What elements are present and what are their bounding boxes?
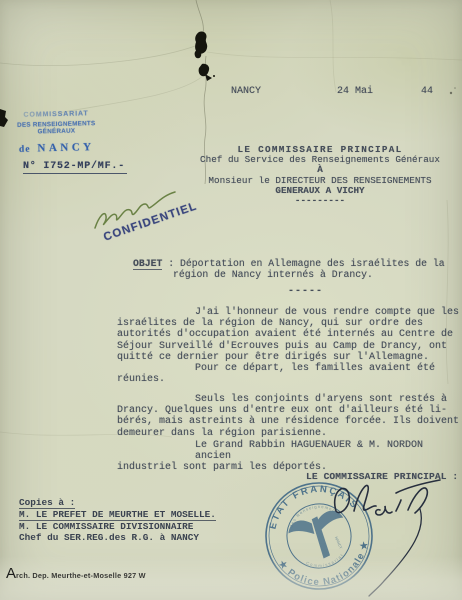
subject-divider: ----- <box>288 286 323 297</box>
origin-stamp-line3: deNANCY <box>0 137 113 158</box>
subject-separator: : <box>162 258 180 269</box>
addressee-dashes: --------- <box>200 196 440 206</box>
archive-caption-text: rch. Dep. Meurthe-et-Moselle 927 W <box>16 571 146 580</box>
dateline-year: 44 <box>421 86 433 97</box>
origin-stamp: COMMISSARIAT DES RENSEIGNEMENTS GÉNÉRAUX… <box>0 110 113 158</box>
origin-stamp-de: de <box>19 145 31 155</box>
body-line: quitté ce dernier pour être dirigés sur … <box>117 352 462 363</box>
stamp-arc-top-text: ETAT FRANÇAIS <box>260 477 362 533</box>
archive-caption-initial: A <box>6 565 16 582</box>
copies-title: Copies à : <box>19 497 75 509</box>
body-line: Drancy. Quelques uns d'entre eux ont d'a… <box>117 405 462 416</box>
document-photo: NANCY 24 Mai 44 COMMISSARIAT DES RENSEIG… <box>0 0 462 600</box>
body-line: israélites de la région de Nancy, qui su… <box>117 318 462 329</box>
body-line: autorités d'occupation avaient été inter… <box>117 329 462 340</box>
svg-text:des Renseignements: des Renseignements <box>285 498 342 529</box>
copies-block: Copies à : M. LE PREFET DE MEURTHE ET MO… <box>19 497 216 543</box>
body-line: Séjour Surveillé d'Ecrouves puis au Camp… <box>117 341 462 352</box>
subject-block: OBJET : Déportation en Allemagne des isr… <box>133 258 445 280</box>
body-line: réunies. <box>117 374 462 385</box>
origin-stamp-line2: DES RENSEIGNEMENTS GÉNÉRAUX <box>0 120 113 137</box>
body-line: Le Grand Rabbin HAGUENAUER & M. NORDON a… <box>117 440 462 462</box>
body-line: demeurer dans la région parisienne. <box>117 428 462 439</box>
paragraph-1: J'ai l'honneur de vous rendre compte que… <box>117 307 462 363</box>
body-line: Seuls les conjoints d'aryens sont restés… <box>117 394 462 405</box>
confidential-stamp: CONFIDENTIEL <box>102 200 199 243</box>
reference-number: N° I752-MP/MF.- <box>23 161 127 174</box>
svg-text:ETAT FRANÇAIS: ETAT FRANÇAIS <box>260 477 362 533</box>
copies-recipient-2: M. LE COMMISSAIRE DIVISIONNAIRE <box>19 521 216 532</box>
subject-label: OBJET <box>133 258 162 270</box>
dateline-city: NANCY <box>231 86 261 97</box>
stamp-inner-city-text: NANCY <box>334 536 343 550</box>
closing-title: LE COMMISSAIRE PRINCIPAL : <box>306 471 458 482</box>
subject-text1: Déportation en Allemagne des israélites … <box>180 258 445 269</box>
stamp-inner-top-text: des Renseignements <box>285 498 342 529</box>
origin-stamp-line1: COMMISSARIAT <box>0 110 113 120</box>
subject-line2: région de Nancy internés à Drancy. <box>133 269 445 280</box>
copies-recipient-1: M. LE PREFET DE MEURTHE ET MOSELLE. <box>19 509 216 521</box>
body-line: Pour ce départ, les familles avaient été <box>117 363 462 374</box>
dateline-date: 24 Mai <box>337 86 373 97</box>
paragraph-2: Pour ce départ, les familles avaient été… <box>117 363 462 385</box>
body-line: bérés, mais astreints à une résidence fo… <box>117 416 462 427</box>
copies-recipient-3: Chef du SER.REG.des R.G. à NANCY <box>19 532 216 543</box>
paragraph-3: Seuls les conjoints d'aryens sont restés… <box>117 394 462 439</box>
paragraph-4: Le Grand Rabbin HAGUENAUER & M. NORDON a… <box>117 440 462 474</box>
addressee-block: LE COMMISSAIRE PRINCIPAL Chef du Service… <box>200 145 440 206</box>
subject-line1: OBJET : Déportation en Allemagne des isr… <box>133 258 445 269</box>
body-line: J'ai l'honneur de vous rendre compte que… <box>117 307 462 318</box>
origin-stamp-city: NANCY <box>37 141 94 154</box>
archive-caption: Arch. Dep. Meurthe-et-Moselle 927 W <box>6 565 146 582</box>
